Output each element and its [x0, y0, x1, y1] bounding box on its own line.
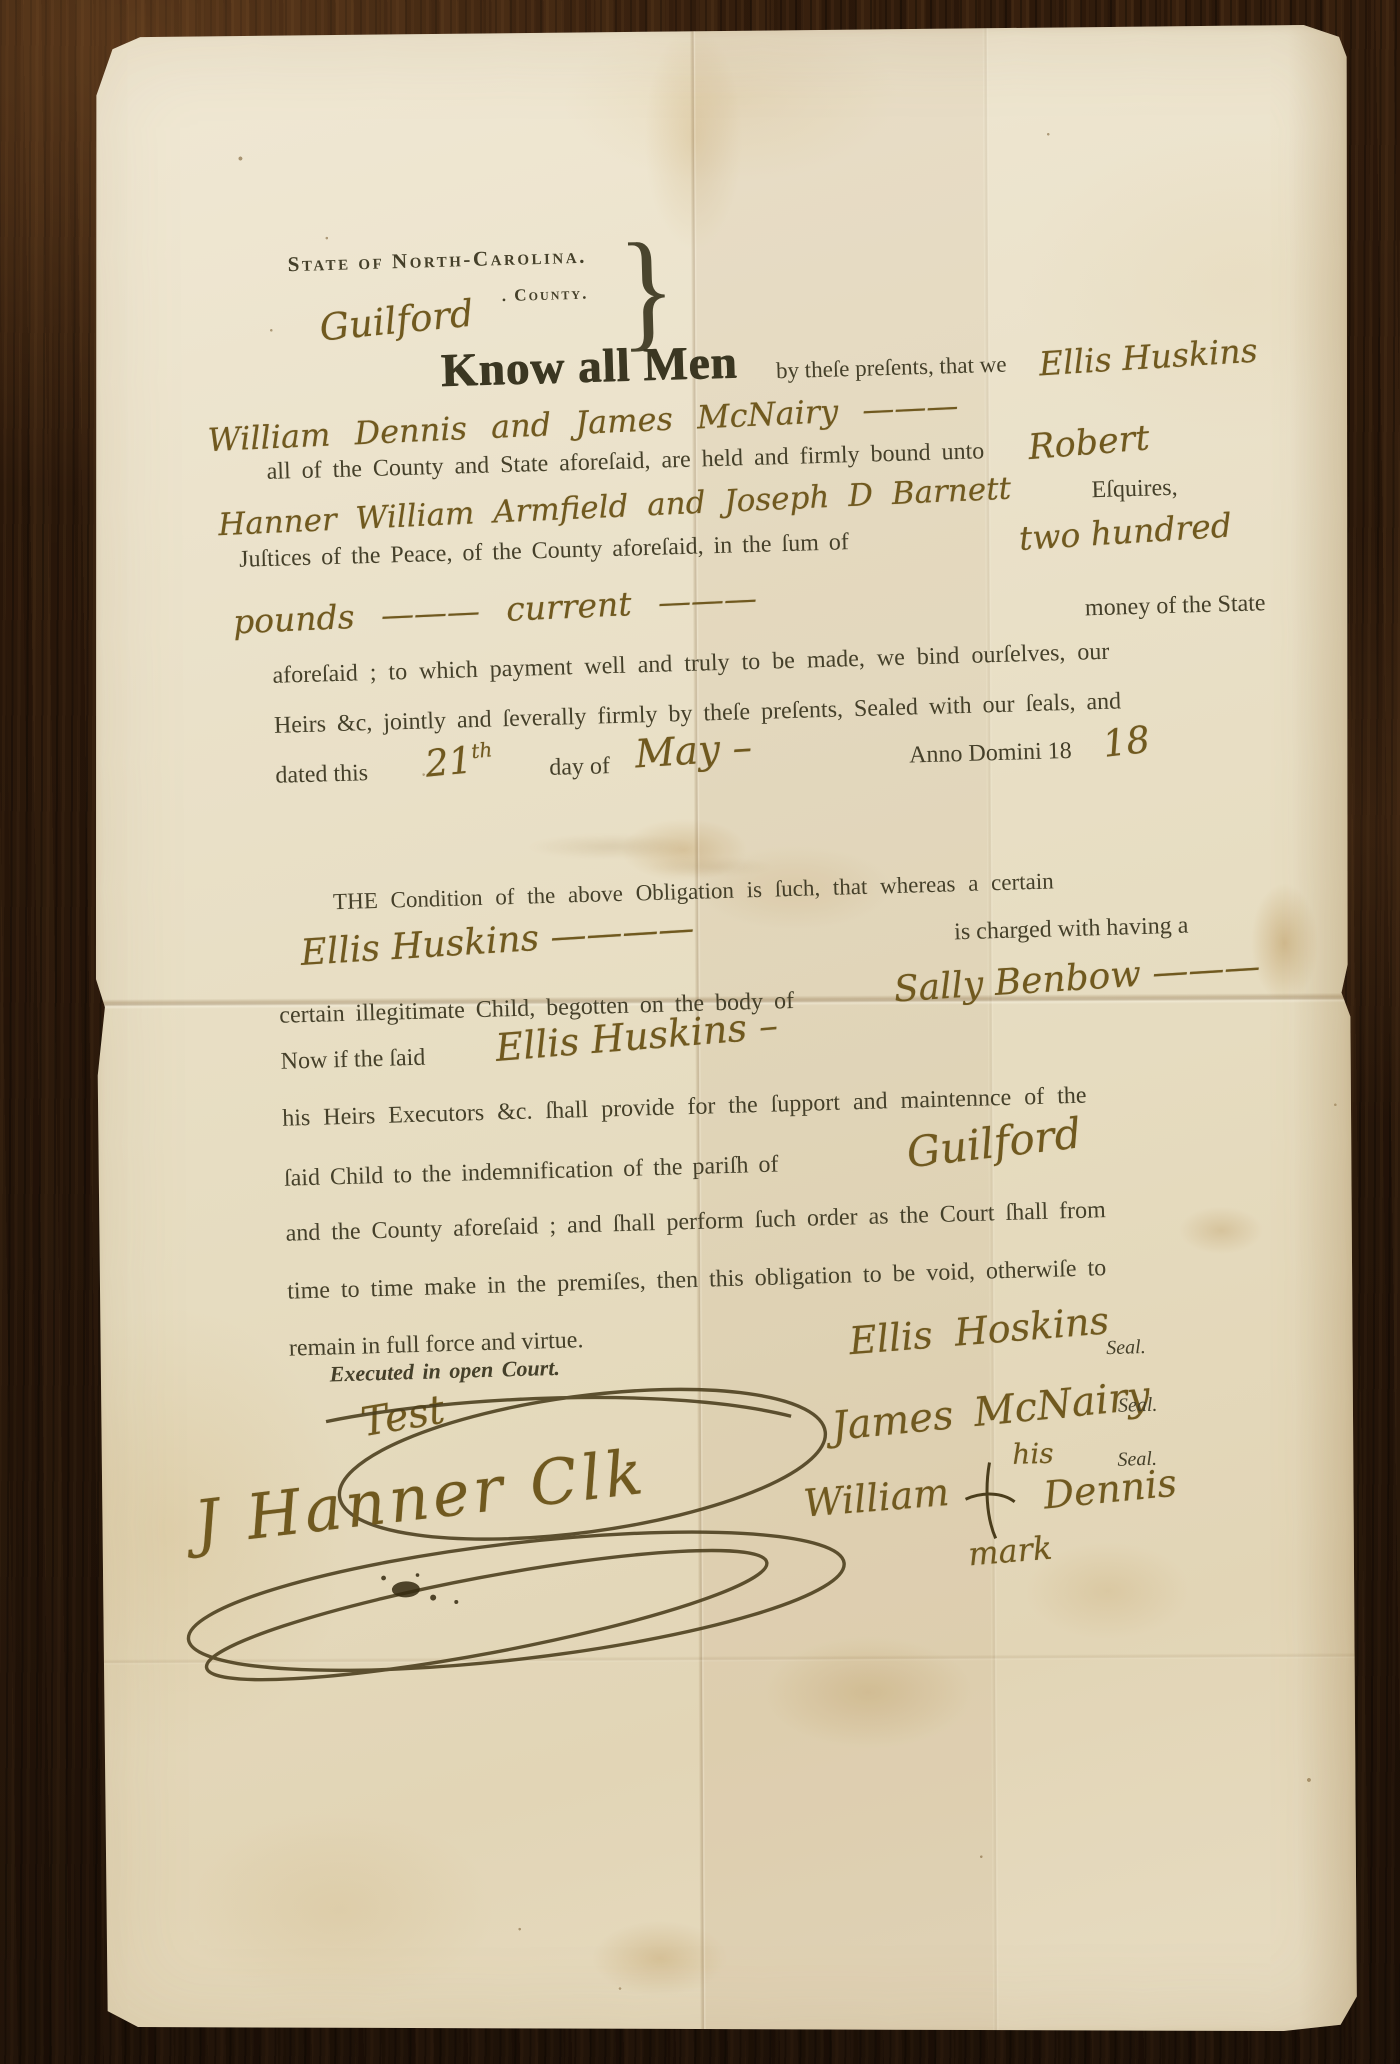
ink-blot — [381, 1572, 458, 1606]
presents-line: by theſe preſents, that we — [776, 352, 1007, 385]
sum-amount-handwritten: two hundred — [1018, 505, 1233, 557]
day-number-handwritten: 21th — [423, 736, 495, 785]
seal-label-dennis: Seal. — [1117, 1448, 1157, 1472]
signature-hoskins: Ellis Hoskins — [847, 1298, 1110, 1363]
state-heading: State of North-Carolina. — [287, 244, 587, 278]
pounds-current-handwritten: pounds ——— current ——— — [232, 578, 758, 641]
month-handwritten: May – — [634, 725, 754, 777]
parish-name-handwritten: Guilford — [904, 1108, 1084, 1177]
signature-dennis-last: Dennis — [1041, 1461, 1178, 1518]
executed-in-open-court: Executed in open Court. — [329, 1355, 560, 1388]
dated-this-label: dated this — [275, 760, 368, 790]
county-name-handwritten: Guilford — [318, 292, 476, 350]
document-paper: State of North-Carolina. Guilford . Coun… — [90, 25, 1358, 2040]
his-mark-his-label: his — [1012, 1437, 1054, 1471]
condition-line6: ſaid Child to the indemnification of the… — [284, 1151, 779, 1192]
condition-line1: THE Condition of the above Obligation is… — [333, 868, 1054, 915]
esquires-label: Eſquires, — [1091, 475, 1178, 504]
condition-line7: and the County aforeſaid ; and ſhall per… — [285, 1197, 1106, 1248]
know-all-men-heading: Know all Men — [440, 335, 738, 398]
day-of-label: day of — [549, 753, 610, 782]
anno-domini-label: Anno Domini 18 — [909, 738, 1072, 770]
year-handwritten: 18 — [1100, 718, 1152, 766]
photo-wood-table-background: State of North-Carolina. Guilford . Coun… — [0, 0, 1400, 2064]
condition-line2: is charged with having a — [954, 913, 1189, 947]
mother-name-handwritten: Sally Benbow ——— — [893, 946, 1262, 1010]
condition-line4: Now if the ſaid — [280, 1045, 425, 1076]
his-mark-cross-icon — [959, 1458, 1017, 1544]
county-label: . County. — [501, 284, 588, 306]
seal-label-hoskins: Seal. — [1106, 1336, 1146, 1360]
principal-name-handwritten: Ellis Huskins — [1038, 331, 1259, 384]
money-of-state-line: money of the State — [1085, 590, 1266, 622]
seal-label-mcnairy: Seal. — [1118, 1394, 1158, 1418]
charged-name-handwritten: Ellis Huskins ———— — [299, 908, 695, 974]
day-suffix: th — [470, 737, 493, 763]
day-number: 21 — [423, 738, 474, 785]
justice-first-name-handwritten: Robert — [1027, 418, 1151, 468]
his-mark-mark-label: mark — [967, 1529, 1054, 1574]
condition-line8: time to time make in the premiſes, then … — [287, 1255, 1107, 1306]
payment-line: aforeſaid ; to which payment well and tr… — [272, 639, 1110, 690]
printed-and-written-content: State of North-Carolina. Guilford . Coun… — [66, 10, 1381, 2053]
